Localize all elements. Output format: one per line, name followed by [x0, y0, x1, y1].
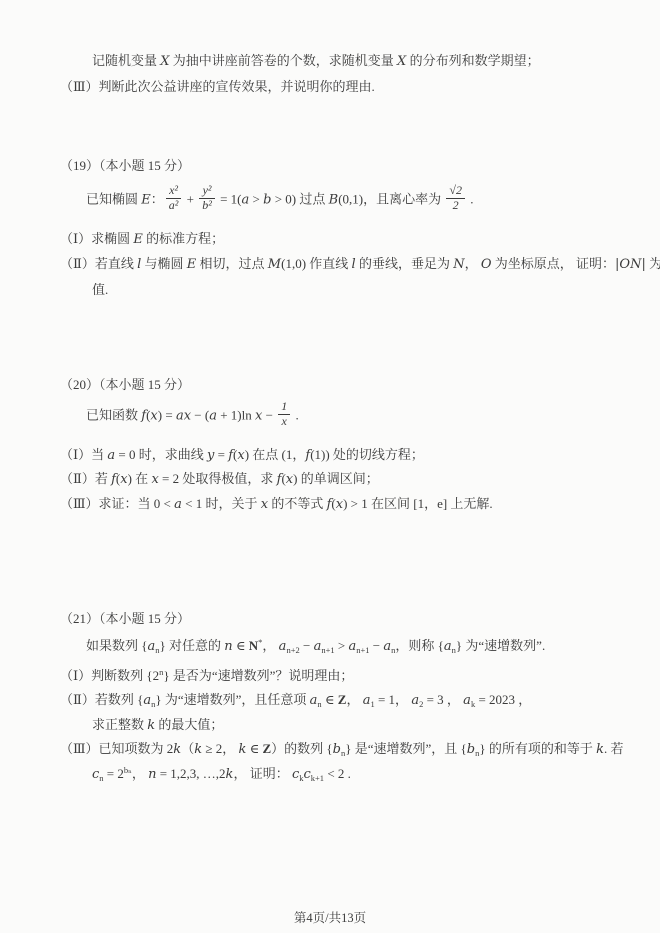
q18-statement-line: 记随机变量 X 为抽中讲座前答卷的个数，求随机变量 X 的分布列和数学期望； [92, 52, 540, 71]
exam-page: 记随机变量 X 为抽中讲座前答卷的个数，求随机变量 X 的分布列和数学期望； （… [0, 0, 660, 933]
q21-part1: （Ⅰ）判断数列 {2n} 是否为“速增数列”？说明理由； [60, 667, 353, 685]
q19-part2: （Ⅱ）若直线 l 与椭圆 E 相切，过点 M(1,0) 作直线 l 的垂线，垂足… [60, 255, 660, 274]
q19-statement: 已知椭圆 E：x²a² + y²b² = 1(a > b > 0) 过点 B(0… [86, 186, 473, 215]
q18-part3: （Ⅲ）判断此次公益讲座的宣传效果，并说明你的理由. [60, 78, 375, 96]
q19-part2-continuation: 值. [92, 281, 108, 299]
q19-heading: （19）（本小题 15 分） [60, 157, 190, 175]
q20-part3: （Ⅲ）求证：当 0 < a < 1 时，关于 x 的不等式 f(x) > 1 在… [60, 495, 493, 514]
q20-part1: （Ⅰ）当 a = 0 时，求曲线 y = f(x) 在点 (1，f(1)) 处的… [60, 446, 424, 465]
q20-heading: （20）（本小题 15 分） [60, 376, 190, 394]
q21-part3: （Ⅲ）已知项数为 2k（k ≥ 2， k ∈ Z）的数列 {bn} 是“速增数列… [60, 740, 624, 759]
q19-part1: （Ⅰ）求椭圆 E 的标准方程； [60, 230, 224, 249]
page-number: 第4页/共13页 [0, 908, 660, 926]
q21-part3-continuation: cn = 2bₙ， n = 1,2,3, …,2k， 证明： ckck+1 < … [92, 765, 351, 784]
q21-part2: （Ⅱ）若数列 {an} 为“速增数列”，且任意项 an ∈ Z， a1 = 1，… [60, 691, 531, 710]
q21-heading: （21）（本小题 15 分） [60, 610, 190, 628]
q20-part2: （Ⅱ）若 f(x) 在 x = 2 处取得极值，求 f(x) 的单调区间； [60, 470, 379, 489]
q21-part2-continuation: 求正整数 k 的最大值； [92, 716, 223, 735]
q20-statement: 已知函数 f(x) = ax − (a + 1)ln x − 1x . [86, 402, 299, 431]
q21-statement: 如果数列 {an} 对任意的 n ∈ N*， an+2 − an+1 > an+… [86, 637, 545, 656]
